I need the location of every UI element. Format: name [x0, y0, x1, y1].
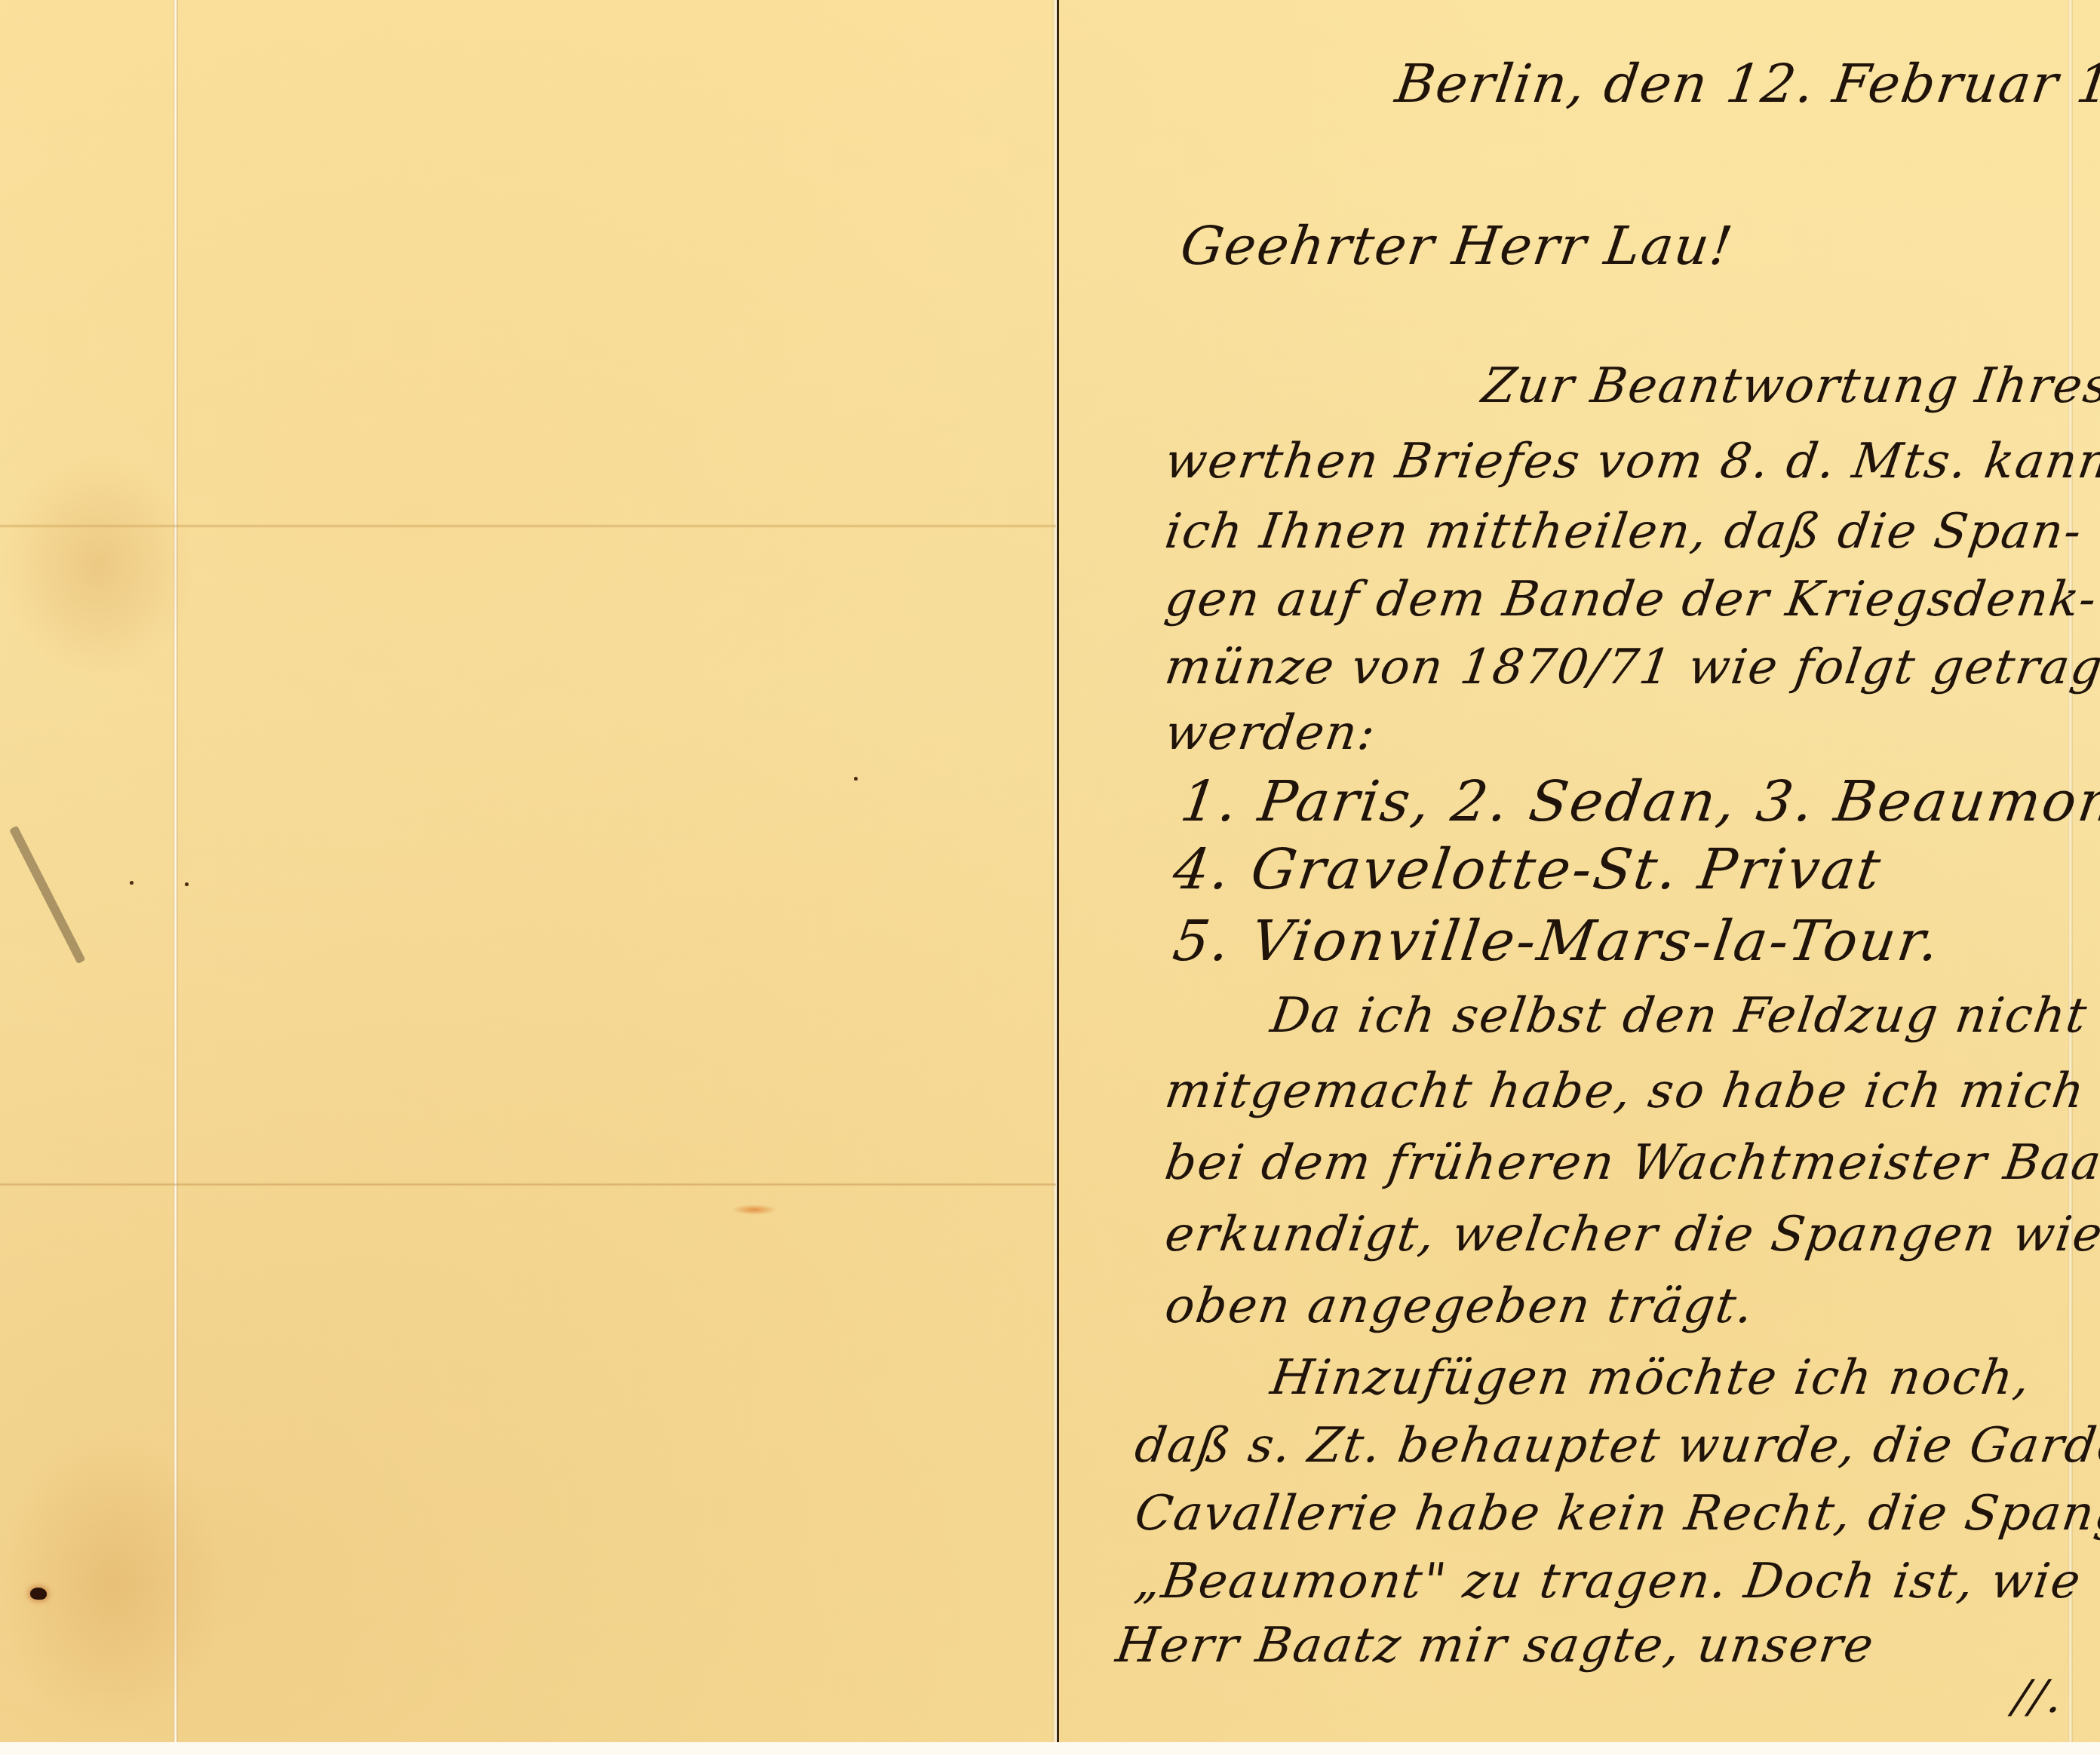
place-date-line: Berlin, den 12. Februar 1899 [1392, 53, 2100, 115]
continuation-mark: //. [2010, 1671, 2067, 1723]
paragraph1-line: werden: [1162, 705, 1380, 761]
paragraph3-line: Hinzufügen möchte ich noch, [1267, 1350, 2034, 1406]
paragraph3-line: „Beaumont" zu tragen. Doch ist, wie [1131, 1554, 2085, 1609]
paragraph1-line: münze von 1870/71 wie folgt getragen [1162, 640, 2100, 695]
paragraph2-line: erkundigt, welcher die Spangen wie [1162, 1207, 2100, 1263]
paragraph1-line: ich Ihnen mittheilen, daß die Span- [1162, 504, 2086, 560]
paragraph3-line: Cavallerie habe kein Recht, die Spange [1131, 1486, 2100, 1542]
clasp-list-item: 5. Vionville-Mars-la-Tour. [1169, 909, 1945, 974]
scan-margin [0, 1742, 2100, 1755]
paragraph3-line: Herr Baatz mir sagte, unsere [1113, 1618, 1878, 1674]
salutation: Geehrter Herr Lau! [1177, 215, 1737, 277]
paragraph1-line: werthen Briefes vom 8. d. Mts. kann [1162, 434, 2100, 489]
paragraph1-line: gen auf dem Bande der Kriegsdenk- [1162, 572, 2100, 627]
paragraph2-line: mitgemacht habe, so habe ich mich [1162, 1063, 2089, 1119]
paragraph2-line: Da ich selbst den Feldzug nicht [1267, 988, 2091, 1044]
paragraph2-line: oben angegeben trägt. [1162, 1278, 1758, 1334]
paragraph3-line: daß s. Zt. behauptet wurde, die Garde- [1131, 1418, 2100, 1474]
paragraph2-line: bei dem früheren Wachtmeister Baatz [1162, 1135, 2100, 1191]
clasp-list-item: 4. Gravelotte-St. Privat [1169, 837, 1887, 902]
letter-body: Berlin, den 12. Februar 1899 Geehrter He… [0, 0, 2100, 1742]
paragraph1-line: Zur Beantwortung Ihres [1478, 358, 2100, 414]
clasp-list-item: 1. Paris, 2. Sedan, 3. Beaumont, [1177, 769, 2100, 834]
